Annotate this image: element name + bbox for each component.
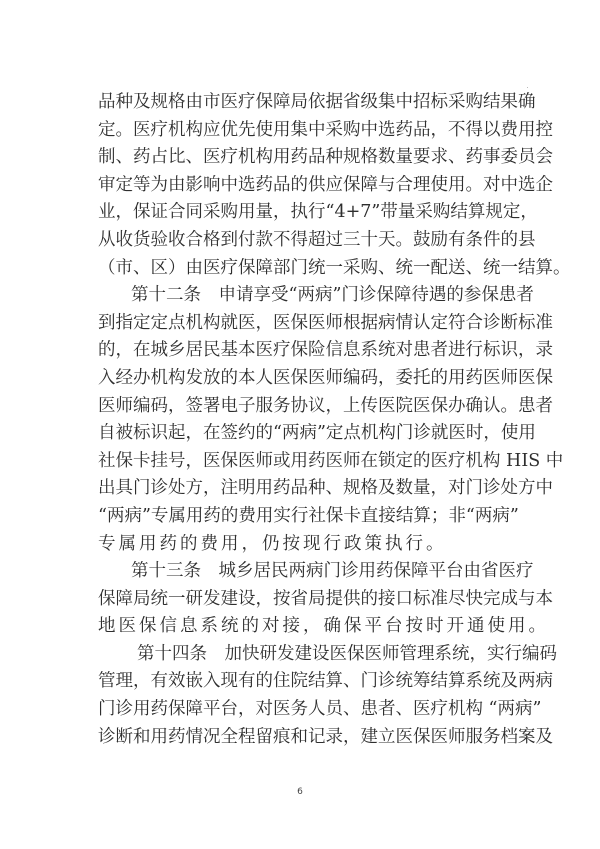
text-line: 管理，有效嵌入现有的住院结算、门诊统筹结算系统及两病: [98, 668, 516, 696]
text-line: 入经办机构发放的本人医保医师编码，委托的用药医师医保: [98, 365, 516, 393]
page-number: 6: [0, 787, 600, 797]
text-line: （市、区）由医疗保障部门统一采购、统一配送、统一结算。: [98, 255, 516, 283]
text-line: 从收货验收合格到付款不得超过三十天。鼓励有条件的县: [98, 227, 516, 255]
text-line: 社保卡挂号，医保医师或用药医师在锁定的医疗机构 HIS 中: [98, 448, 516, 476]
document-page: 品种及规格由市医疗保障局依据省级集中招标采购结果确 定。医疗机构应优先使用集中采…: [0, 0, 600, 849]
text-line: 专属用药的费用，仍按现行政策执行。: [98, 531, 516, 559]
scan-speck: [527, 87, 528, 88]
text-line: 地医保信息系统的对接，确保平台按时开通使用。: [98, 613, 516, 641]
text-line: 定。医疗机构应优先使用集中采购中选药品，不得以费用控: [98, 117, 516, 145]
text-line: 到指定定点机构就医，医保医师根据病情认定符合诊断标准: [98, 310, 516, 338]
body-text: 品种及规格由市医疗保障局依据省级集中招标采购结果确 定。医疗机构应优先使用集中采…: [98, 89, 516, 751]
text-line: 业，保证合同采购用量，执行“4+7”带量采购结算规定，: [98, 199, 516, 227]
text-line: 品种及规格由市医疗保障局依据省级集中招标采购结果确: [98, 89, 516, 117]
text-line: “两病”专属用药的费用实行社保卡直接结算；非“两病”: [98, 503, 516, 531]
text-line: 出具门诊处方，注明用药品种、规格及数量，对门诊处方中: [98, 475, 516, 503]
article-heading-line: 第十三条 城乡居民两病门诊用药保障平台由省医疗: [98, 558, 516, 586]
paragraph-article-14: 第十四条 加快研发建设医保医师管理系统，实行编码 管理，有效嵌入现有的住院结算、…: [98, 641, 516, 751]
text-line: 保障局统一研发建设，按省局提供的接口标准尽快完成与本: [98, 586, 516, 614]
text-line: 诊断和用药情况全程留痕和记录，建立医保医师服务档案及: [98, 724, 516, 752]
paragraph-article-13: 第十三条 城乡居民两病门诊用药保障平台由省医疗 保障局统一研发建设，按省局提供的…: [98, 558, 516, 641]
text-line: 的，在城乡居民基本医疗保险信息系统对患者进行标识，录: [98, 337, 516, 365]
article-heading-line: 第十二条 申请享受“两病”门诊保障待遇的参保患者: [98, 282, 516, 310]
paragraph-article-12: 第十二条 申请享受“两病”门诊保障待遇的参保患者 到指定定点机构就医，医保医师根…: [98, 282, 516, 558]
text-line: 审定等为由影响中选药品的供应保障与合理使用。对中选企: [98, 172, 516, 200]
text-line: 门诊用药保障平台，对医务人员、患者、医疗机构 “两病”: [98, 696, 516, 724]
text-line: 制、药占比、医疗机构用药品种规格数量要求、药事委员会: [98, 144, 516, 172]
paragraph-continuation: 品种及规格由市医疗保障局依据省级集中招标采购结果确 定。医疗机构应优先使用集中采…: [98, 89, 516, 282]
text-line: 医师编码，签署电子服务协议，上传医院医保办确认。患者: [98, 393, 516, 421]
article-heading-line: 第十四条 加快研发建设医保医师管理系统，实行编码: [98, 641, 516, 669]
text-line: 自被标识起，在签约的“两病”定点机构门诊就医时，使用: [98, 420, 516, 448]
